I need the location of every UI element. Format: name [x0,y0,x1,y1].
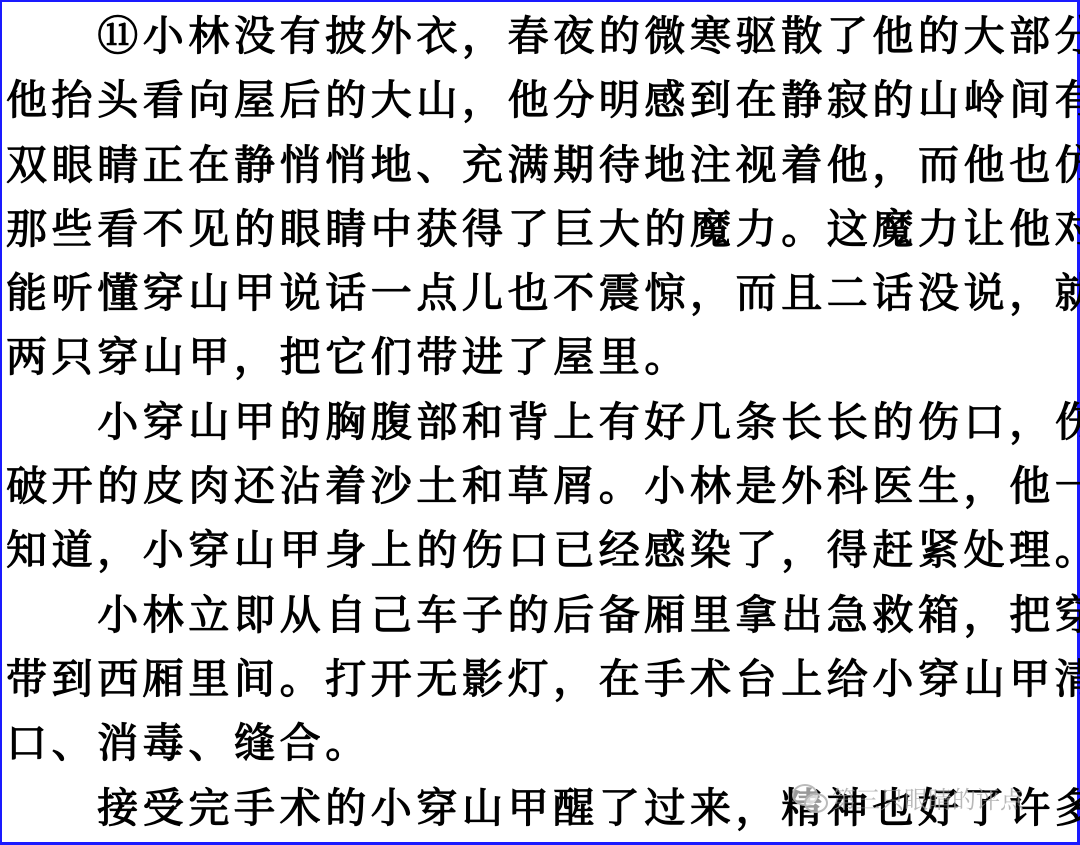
text-line: 两只穿山甲，把它们带进了屋里。 [6,325,1078,389]
text-line: 破开的皮肉还沾着沙土和草屑。小林是外科医生，他一看就 [6,454,1078,518]
text-line: 知道，小穿山甲身上的伤口已经感染了，得赶紧处理。 [6,518,1078,582]
text-line: 他抬头看向屋后的大山，他分明感到在静寂的山岭间有无数 [6,68,1078,132]
text-line: 带到西厢里间。打开无影灯，在手术台上给小穿山甲清理伤 [6,647,1078,711]
document-page: ⑪小林没有披外衣，春夜的微寒驱散了他的大部分酒意 他抬头看向屋后的大山，他分明感… [0,0,1080,845]
text-line: 小穿山甲的胸腹部和背上有好几条长长的伤口，伤口上 [6,390,1078,454]
text-line: 小林立即从自己车子的后备厢里拿出急救箱，把穿山甲 [6,583,1078,647]
text-line: 那些看不见的眼睛中获得了巨大的魔力。这魔力让他对自己 [6,197,1078,261]
document-body: ⑪小林没有披外衣，春夜的微寒驱散了他的大部分酒意 他抬头看向屋后的大山，他分明感… [6,4,1078,840]
text-line: ⑪小林没有披外衣，春夜的微寒驱散了他的大部分酒意 [6,4,1078,68]
text-line: 双眼睛正在静悄悄地、充满期待地注视着他，而他也仿佛在 [6,133,1078,197]
text-line: 口、消毒、缝合。 [6,711,1078,775]
text-line: 接受完手术的小穿山甲醒了过来，精神也好了许多。 [6,776,1078,840]
text-line: 能听懂穿山甲说话一点儿也不震惊，而且二话没说，就抱起 [6,261,1078,325]
